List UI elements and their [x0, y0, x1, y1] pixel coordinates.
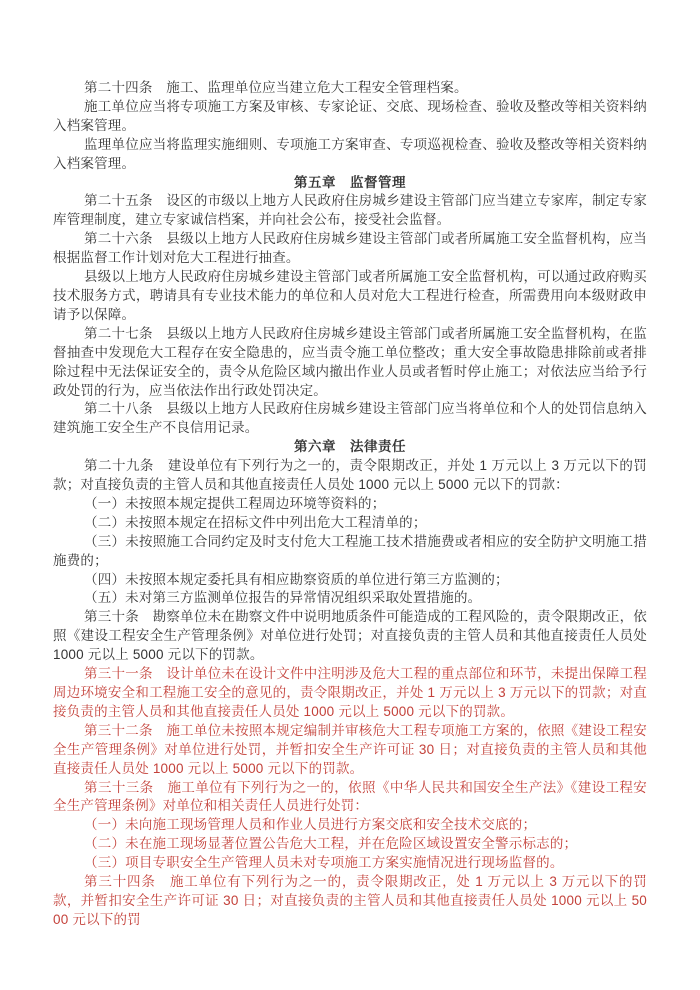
paragraph: 第二十七条 县级以上地方人民政府住房城乡建设主管部门或者所属施工安全监督机构，在… — [53, 325, 647, 401]
paragraph: （五）未对第三方监测单位报告的异常情况组织采取处置措施的。 — [53, 589, 647, 608]
chapter-heading: 第五章 监督管理 — [53, 174, 647, 193]
paragraph: （二）未按照本规定在招标文件中列出危大工程清单的； — [53, 514, 647, 533]
paragraph: （二）未在施工现场显著位置公告危大工程，并在危险区域设置安全警示标志的； — [53, 835, 647, 854]
paragraph: （一）未向施工现场管理人员和作业人员进行方案交底和安全技术交底的； — [53, 816, 647, 835]
paragraph: 第二十八条 县级以上地方人民政府住房城乡建设主管部门应当将单位和个人的处罚信息纳… — [53, 400, 647, 438]
paragraph: 第三十条 勘察单位未在勘察文件中说明地质条件可能造成的工程风险的，责令限期改正，… — [53, 608, 647, 665]
paragraph: 施工单位应当将专项施工方案及审核、专家论证、交底、现场检查、验收及整改等相关资料… — [53, 98, 647, 136]
paragraph: 第二十五条 设区的市级以上地方人民政府住房城乡建设主管部门应当建立专家库，制定专… — [53, 192, 647, 230]
paragraph: （三）未按照施工合同约定及时支付危大工程施工技术措施费或者相应的安全防护文明施工… — [53, 533, 647, 571]
paragraph: 第三十一条 设计单位未在设计文件中注明涉及危大工程的重点部位和环节，未提出保障工… — [53, 665, 647, 722]
paragraph: 第二十九条 建设单位有下列行为之一的，责令限期改正，并处 1 万元以上 3 万元… — [53, 457, 647, 495]
paragraph: （三）项目专职安全生产管理人员未对专项施工方案实施情况进行现场监督的。 — [53, 854, 647, 873]
paragraph: 第二十六条 县级以上地方人民政府住房城乡建设主管部门或者所属施工安全监督机构，应… — [53, 230, 647, 268]
paragraph: 第三十二条 施工单位未按照本规定编制并审核危大工程专项施工方案的，依照《建设工程… — [53, 722, 647, 779]
paragraph: 县级以上地方人民政府住房城乡建设主管部门或者所属施工安全监督机构，可以通过政府购… — [53, 268, 647, 325]
chapter-heading: 第六章 法律责任 — [53, 438, 647, 457]
paragraph: （一）未按照本规定提供工程周边环境等资料的； — [53, 495, 647, 514]
paragraph: 第二十四条 施工、监理单位应当建立危大工程安全管理档案。 — [53, 79, 647, 98]
paragraph: （四）未按照本规定委托具有相应勘察资质的单位进行第三方监测的； — [53, 571, 647, 590]
paragraph: 监理单位应当将监理实施细则、专项施工方案审查、专项巡视检查、验收及整改等相关资料… — [53, 136, 647, 174]
document-body: 第二十四条 施工、监理单位应当建立危大工程安全管理档案。施工单位应当将专项施工方… — [53, 79, 647, 930]
document-page: 第二十四条 施工、监理单位应当建立危大工程安全管理档案。施工单位应当将专项施工方… — [0, 0, 700, 990]
paragraph: 第三十四条 施工单位有下列行为之一的，责令限期改正，处 1 万元以上 3 万元以… — [53, 873, 647, 930]
paragraph: 第三十三条 施工单位有下列行为之一的，依照《中华人民共和国安全生产法》《建设工程… — [53, 779, 647, 817]
